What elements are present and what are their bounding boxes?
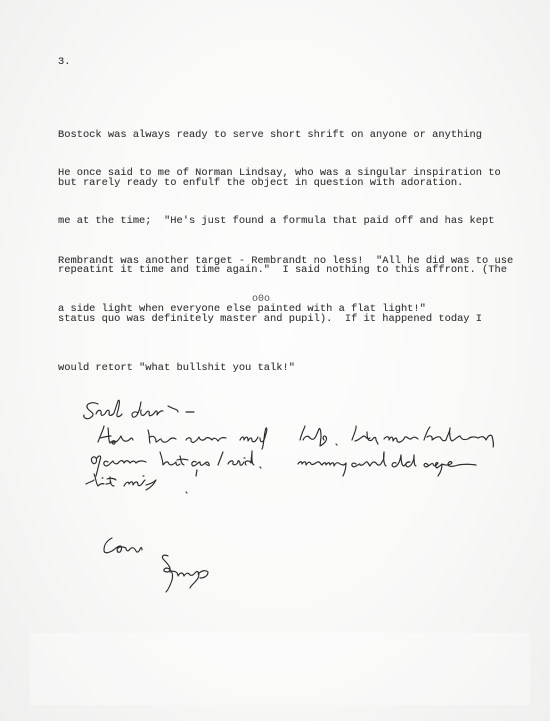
document-page: 3. Bostock was always ready to serve sho… — [0, 0, 550, 721]
text-line: would retort "what bullshit you talk!" — [58, 360, 507, 376]
text-line: Rembrandt was another target - Rembrandt… — [58, 253, 513, 269]
section-separator: o0o — [252, 294, 270, 305]
paragraph-rembrandt: Rembrandt was another target - Rembrandt… — [58, 220, 513, 350]
text-line: He once said to me of Norman Lindsay, wh… — [58, 165, 507, 181]
text-line: a side light when everyone else painted … — [58, 301, 513, 317]
page-number: 3. — [58, 54, 70, 70]
